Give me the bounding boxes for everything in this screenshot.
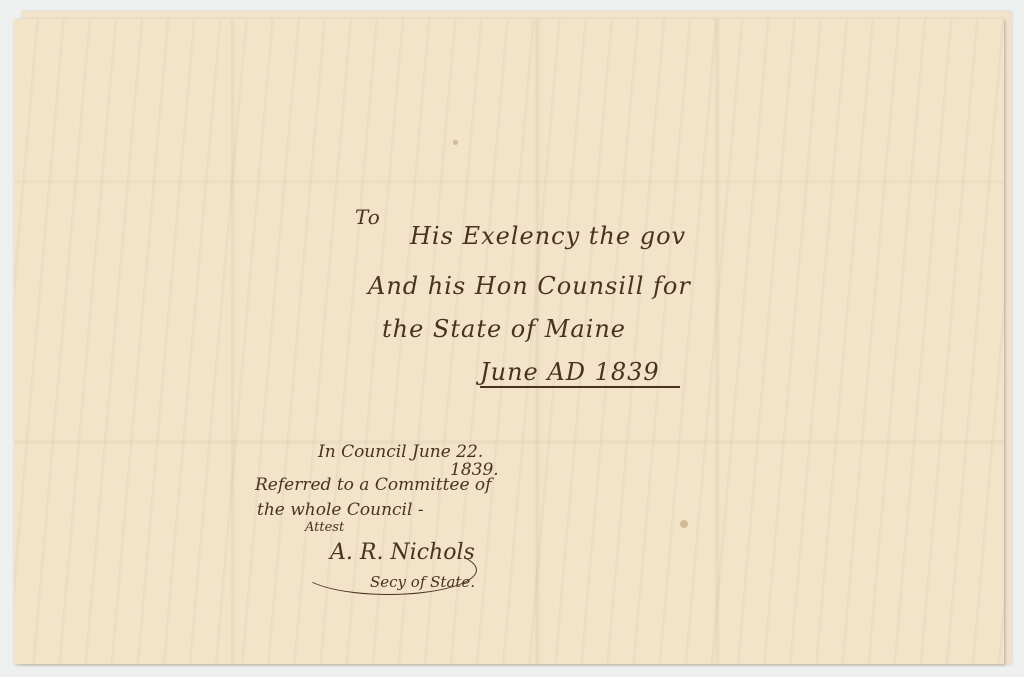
docket-line-3: Referred to a Committee of <box>255 475 491 495</box>
address-date: June AD 1839 <box>480 358 680 388</box>
address-line-1: His Exelency the gov <box>410 222 686 250</box>
docket-line-1: In Council June 22. <box>318 442 483 462</box>
address-to: To <box>355 205 381 229</box>
address-line-2: And his Hon Counsill for <box>368 272 691 300</box>
stain-spot <box>680 520 688 528</box>
stain-spot <box>453 140 458 145</box>
signature-flourish <box>300 545 477 595</box>
address-line-3: the State of Maine <box>382 315 626 343</box>
docket-attest: Attest <box>305 520 344 535</box>
docket-line-4: the whole Council - <box>257 500 424 520</box>
